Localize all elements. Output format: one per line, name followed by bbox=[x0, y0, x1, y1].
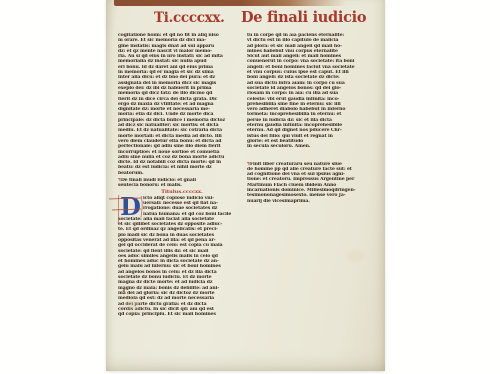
text-line: nuarij die vicesimaprima. bbox=[247, 199, 377, 204]
page-title: De finali iudicio bbox=[241, 10, 366, 26]
text-column-left: cogitationē hoīm: et qd nō fit in aliq n… bbox=[118, 33, 246, 317]
illuminated-initial: D bbox=[119, 196, 142, 218]
running-head: Ti.ccccxx. De finali iudicio bbox=[106, 10, 385, 28]
photo-backdrop: Ti.ccccxx. De finali iudicio cogitationē… bbox=[0, 0, 500, 374]
paragraph-block: D icto aliqt copiose iudicio vni-uersali… bbox=[118, 196, 246, 318]
chapter-rubric: ¶De finali mūdi iudicio: et gñalisentēci… bbox=[118, 178, 246, 189]
folio-number-label: Ti.ccccxx. bbox=[154, 10, 225, 26]
text-line: beatorum. bbox=[118, 171, 246, 176]
pilcrow-mark: ¶ bbox=[247, 162, 250, 167]
pilcrow-mark: ¶ bbox=[118, 178, 121, 183]
text-column-right: tū in corpe qd in aīa paciens eternalitē… bbox=[247, 33, 377, 204]
text-line: qd copiā: principiū. Et sic mali homines bbox=[118, 312, 246, 317]
colophon-block: ¶Finit liber creaturarū seu naturē siued… bbox=[247, 162, 377, 204]
foxing-stain bbox=[346, 250, 364, 262]
foxing-stain bbox=[126, 300, 140, 310]
paragraph-block: cogitationē hoīm: et qd nō fit in aliq n… bbox=[118, 33, 246, 176]
page-edge bbox=[114, 0, 346, 6]
book-page: Ti.ccccxx. De finali iudicio cogitationē… bbox=[106, 0, 385, 371]
paragraph-block: tū in corpe qd in aīa paciens eternalitē… bbox=[247, 33, 377, 150]
text-line: in secula seculorū. Amen. bbox=[247, 144, 377, 149]
